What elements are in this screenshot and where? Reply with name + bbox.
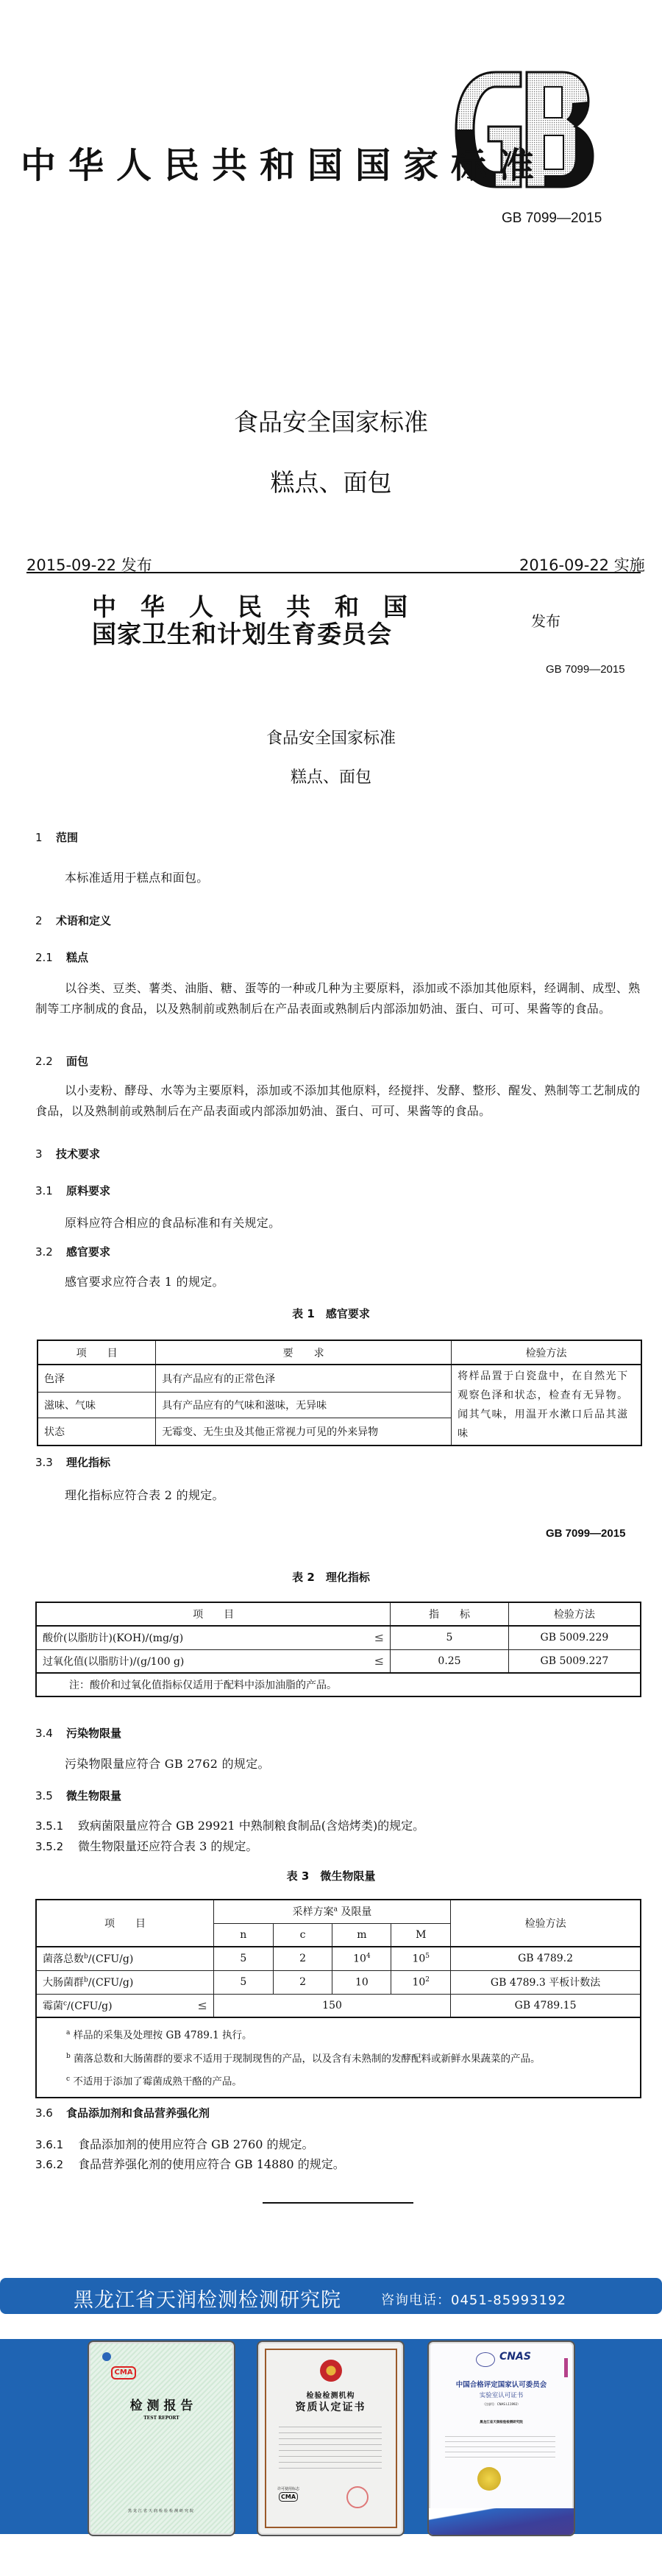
cnas-title-2: 实验室认可证书 bbox=[429, 2391, 574, 2399]
cnas-reg-no: （注册号：CNAS L11992） bbox=[429, 2402, 574, 2407]
divider bbox=[26, 572, 641, 573]
footnote-b: b 菌落总数和大肠菌群的要求不适用于现制现售的产品，以及含有未熟制的发酵配料或新… bbox=[66, 2046, 634, 2070]
section-heading-3-1: 3.1原料要求 bbox=[35, 1183, 110, 1198]
issued-label: 发布 bbox=[531, 609, 560, 631]
table-row: 过氧化值(以脂肪计)/(g/100 g)≤ 0.25 GB 5009.227 bbox=[36, 1649, 641, 1673]
table1-header-item: 项 目 bbox=[38, 1340, 156, 1365]
table3-header-item: 项 目 bbox=[36, 1900, 213, 1947]
table3-footnotes: a 样品的采集及处理按 GB 4789.1 执行。 b 菌落总数和大肠菌群的要求… bbox=[36, 2017, 641, 2098]
cnas-org: 黑龙江省天润检验检测研究院 bbox=[429, 2420, 574, 2424]
table2-caption: 表 2 理化指标 bbox=[0, 1569, 662, 1585]
end-divider bbox=[263, 2202, 413, 2204]
accent-bar bbox=[564, 2358, 568, 2377]
table1-header-requirement: 要 求 bbox=[156, 1340, 452, 1365]
section-item-3-5-1: 3.5.1致病菌限量应符合 GB 29921 中熟制粮食制品(含焙烤类)的规定。 bbox=[35, 1816, 424, 1833]
section-text-2-2: 以小麦粉、酵母、水等为主要原料，添加或不添加其他原料，经搅拌、发酵、整形、醒发、… bbox=[35, 1080, 642, 1122]
page-header-number-2: GB 7099—2015 bbox=[546, 1527, 625, 1540]
body-subtitle: 糕点、面包 bbox=[0, 765, 662, 788]
section-item-3-6-1: 3.6.1食品添加剂的使用应符合 GB 2760 的规定。 bbox=[35, 2135, 314, 2152]
section-heading-1: 1范围 bbox=[35, 829, 78, 845]
table1-caption: 表 1 感官要求 bbox=[0, 1306, 662, 1321]
certificate-body-text bbox=[445, 2432, 555, 2461]
report-org: 黑龙江省天润检验检测研究院 bbox=[89, 2508, 234, 2513]
section-item-3-6-2: 3.6.2食品营养强化剂的使用应符合 GB 14880 的规定。 bbox=[35, 2155, 345, 2172]
section-heading-3-6: 3.6食品添加剂和食品营养强化剂 bbox=[35, 2105, 210, 2120]
table2-header-method: 检验方法 bbox=[508, 1602, 641, 1626]
section-heading-3: 3技术要求 bbox=[35, 1146, 100, 1161]
section-text-3-1: 原料应符合相应的食品标准和有关规定。 bbox=[35, 1213, 642, 1234]
cover-title: 食品安全国家标准 bbox=[0, 403, 662, 438]
table1-method: 将样品置于白瓷盘中，在自然光下观察色泽和状态，检查有无异物。闻其气味，用温开水漱… bbox=[452, 1365, 641, 1446]
contact-phone[interactable]: 咨询电话：0451-85993192 bbox=[381, 2290, 566, 2309]
section-text-3-4: 污染物限量应符合 GB 2762 的规定。 bbox=[35, 1754, 642, 1774]
certificate-cnas: CNAS 中国合格评定国家认可委员会 实验室认可证书 （注册号：CNAS L11… bbox=[427, 2340, 575, 2536]
table3-header-method: 检验方法 bbox=[451, 1900, 641, 1947]
section-text-1: 本标准适用于糕点和面包。 bbox=[35, 868, 642, 888]
report-subtitle: TEST REPORT bbox=[89, 2416, 234, 2421]
section-text-3-3: 理化指标应符合表 2 的规定。 bbox=[35, 1485, 642, 1506]
table3-header-plan: 采样方案a 及限量 bbox=[213, 1900, 450, 1923]
table1-header-method: 检验方法 bbox=[452, 1340, 641, 1365]
cnas-logo: CNAS bbox=[499, 2351, 531, 2363]
cma-badge-icon: CMA bbox=[279, 2492, 298, 2502]
footnote-a: a 样品的采集及处理按 GB 4789.1 执行。 bbox=[66, 2023, 634, 2046]
section-heading-3-5: 3.5微生物限量 bbox=[35, 1788, 121, 1803]
table2-note: 注：酸价和过氧化值指标仅适用于配料中添加油脂的产品。 bbox=[36, 1673, 641, 1696]
issuer-line-2: 国家卫生和计划生育委员会 bbox=[92, 620, 519, 648]
page-header-number: GB 7099—2015 bbox=[546, 663, 625, 676]
section-heading-2-1: 2.1糕点 bbox=[35, 949, 88, 965]
national-standard-title: 中华人民共和国国家标准 bbox=[21, 137, 646, 188]
seal-icon bbox=[346, 2486, 369, 2508]
table-row: 菌落总数b/(CFU/g) 5 2 104 105 GB 4789.2 bbox=[36, 1947, 641, 1970]
section-heading-3-2: 3.2感官要求 bbox=[35, 1244, 110, 1259]
table-row: 大肠菌群b/(CFU/g) 5 2 10 102 GB 4789.3 平板计数法 bbox=[36, 1970, 641, 1994]
section-heading-2-2: 2.2面包 bbox=[35, 1053, 88, 1069]
table-row: 色泽 具有产品应有的正常色泽 将样品置于白瓷盘中，在自然光下观察色泽和状态，检查… bbox=[38, 1365, 641, 1392]
table3-caption: 表 3 微生物限量 bbox=[0, 1868, 662, 1883]
microbial-limits-table: 项 目 采样方案a 及限量 检验方法 n c m M 菌落总数b/(CFU/g)… bbox=[35, 1899, 641, 2098]
section-text-2-1: 以谷类、豆类、薯类、油脂、糖、蛋等的一种或几种为主要原料，添加或不添加其他原料，… bbox=[35, 978, 642, 1019]
section-item-3-5-2: 3.5.2微生物限量还应符合表 3 的规定。 bbox=[35, 1837, 257, 1854]
table-row: 酸价(以脂肪计)(KOH)/(mg/g)≤ 5 GB 5009.229 bbox=[36, 1626, 641, 1649]
gold-seal-icon bbox=[477, 2467, 501, 2491]
report-title: 检 测 报 告 bbox=[89, 2395, 234, 2413]
table-row: 霉菌c/(CFU/g)≤ 150 GB 4789.15 bbox=[36, 1994, 641, 2017]
national-emblem-icon bbox=[320, 2360, 342, 2382]
body-title: 食品安全国家标准 bbox=[0, 726, 662, 749]
section-text-3-2: 感官要求应符合表 1 的规定。 bbox=[35, 1272, 642, 1292]
physicochemical-table: 项 目 指 标 检验方法 酸价(以脂肪计)(KOH)/(mg/g)≤ 5 GB … bbox=[35, 1602, 641, 1697]
section-heading-2: 2术语和定义 bbox=[35, 913, 111, 928]
issuer: 中华人民共和国 国家卫生和计划生育委员会 bbox=[92, 593, 519, 648]
table2-header-item: 项 目 bbox=[36, 1602, 391, 1626]
qualification-title-1: 检验检测机构 bbox=[258, 2389, 403, 2400]
issuer-line-1: 中华人民共和国 bbox=[92, 593, 519, 620]
decorative-wave bbox=[429, 2508, 574, 2536]
cma-badge-icon: CMA bbox=[111, 2366, 136, 2379]
certificate-body-text bbox=[279, 2421, 382, 2473]
certificate-qualification: 检验检测机构 资质认定证书 许可使用标志 CMA bbox=[257, 2340, 405, 2536]
section-heading-3-4: 3.4污染物限量 bbox=[35, 1725, 121, 1741]
sensory-requirements-table: 项 目 要 求 检验方法 色泽 具有产品应有的正常色泽 将样品置于白瓷盘中，在自… bbox=[37, 1340, 642, 1446]
section-heading-3-3: 3.3理化指标 bbox=[35, 1454, 110, 1470]
table2-header-value: 指 标 bbox=[391, 1602, 509, 1626]
footnote-c: c 不适用于添加了霉菌成熟干酪的产品。 bbox=[66, 2069, 634, 2092]
cover-subtitle: 糕点、面包 bbox=[0, 464, 662, 498]
organization-name: 黑龙江省天润检测检测研究院 bbox=[74, 2284, 341, 2313]
certificate-test-report: CMA 检 测 报 告 TEST REPORT 黑龙江省天润检验检测研究院 bbox=[88, 2340, 235, 2536]
company-logo-icon bbox=[102, 2352, 111, 2361]
qualification-title-2: 资质认定证书 bbox=[258, 2399, 403, 2414]
standard-number: GB 7099—2015 bbox=[502, 210, 602, 227]
cnas-title-1: 中国合格评定国家认可委员会 bbox=[429, 2379, 574, 2389]
ilac-logo-icon bbox=[476, 2352, 495, 2367]
